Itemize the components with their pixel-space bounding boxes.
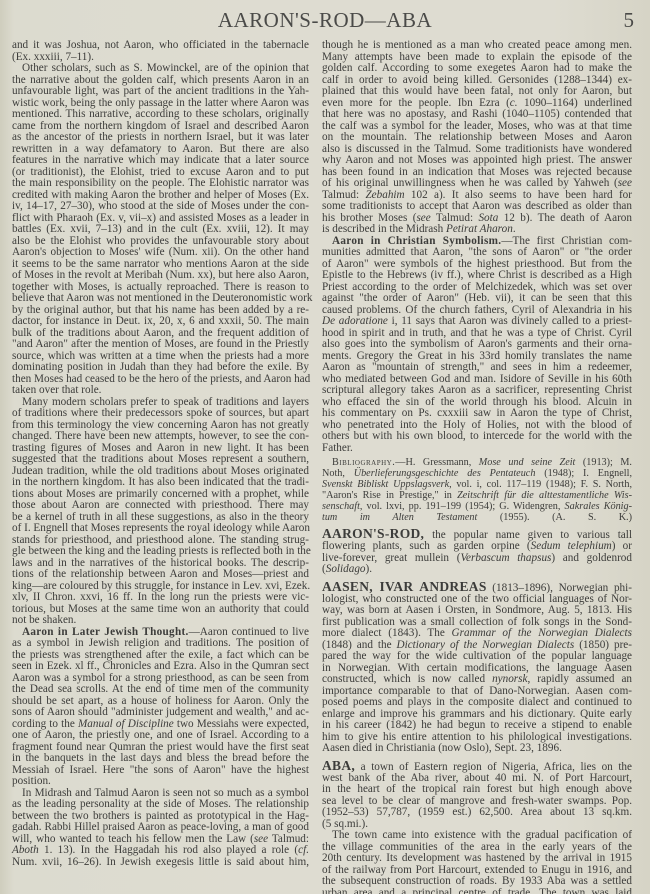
entry-aasen: AASEN, IVAR ANDREAS (1813–1896), Norwegi… (322, 580, 632, 755)
text-line: Epistle to the Hebrews (iv ff.), where C… (322, 270, 632, 282)
text-line: scriptural allegory takes Aaron as a sac… (322, 385, 632, 397)
text-line: battles (Ex. xvii, 7–13) and in the cult… (12, 224, 309, 236)
left-column: and it was Joshua, not Aaron, who offici… (12, 40, 309, 868)
entry-aba: ABA, a town of Eastern region of Nigeria… (322, 759, 632, 894)
page-number: 5 (624, 8, 635, 33)
text-line: others but with his own blood, to interc… (322, 431, 632, 443)
text-line: tions of the relationship between Aaron … (12, 569, 309, 581)
text-line: the subsequent construction of roads. By… (322, 876, 632, 888)
text-line: the Dead sea scrolls. At the end of time… (12, 684, 309, 696)
text-line: ABA, a town of Eastern region of Nigeria… (322, 759, 632, 773)
text-line: of Moses in the revolt at Meribah (Num. … (12, 270, 309, 282)
text-line: believe that Aaron was not mentioned in … (12, 293, 309, 305)
author-initials: (A. S. K.) (552, 512, 632, 523)
text-line: iv, 14–17, 27–30), who stood at the side… (12, 201, 309, 213)
text-line: in his career (1842) he had begun to rec… (322, 720, 632, 732)
text-line: on the mountain. The relationship betwee… (322, 132, 632, 144)
entry-aarons-rod: AARON'S-ROD, the popular name given to v… (322, 527, 632, 576)
entry-heading: AARON'S-ROD, (322, 526, 424, 541)
text-line: in the heart of the tropical rain forest… (322, 784, 632, 796)
text-line: urban area and a principal centre of tra… (322, 888, 632, 894)
text-line: though he is mentioned as a man who crea… (322, 40, 632, 52)
text-line: gle between the king and the leading pri… (12, 546, 309, 558)
text-line: "and Aaron" after the mention of Moses, … (12, 339, 309, 351)
text-line: 20th century. Its development was hasten… (322, 853, 632, 865)
entry-heading: AASEN, IVAR ANDREAS (322, 579, 487, 594)
text-line: "Aaron's Rise in Prestige," in Zeitschri… (322, 490, 632, 501)
text-line: of traditions where their predecessors s… (12, 408, 309, 420)
text-line: Father. (322, 443, 632, 455)
subheading-later-jewish-thought: Aaron in Later Jewish Thought. (22, 626, 189, 638)
text-line: Aaron's objection to Moses' wife (Num. x… (12, 247, 309, 259)
text-line: Bibliography.—H. Gressmann, Mose und sei… (322, 457, 632, 468)
right-column: though he is mentioned as a man who crea… (322, 40, 632, 894)
text-line: mentioned. This narrative, according to … (12, 109, 309, 121)
text-line: (1952–53) 57,787, (1959 est.) 62,500. Ar… (322, 807, 632, 819)
text-line: against "the order of Aaron" (Heb. vii),… (322, 293, 632, 305)
text-line: golden calf. According to some exegetes … (322, 63, 632, 75)
text-line: that here was no apostasy, and Rashi (10… (322, 109, 632, 121)
text-line: Aaron as "mountain of strength," and see… (322, 362, 632, 374)
text-line: pared the way for the wide cultivation o… (322, 651, 632, 663)
text-line: one of Aaron, the priestly one, and one … (12, 730, 309, 742)
text-line: AASEN, IVAR ANDREAS (1813–1896), Norwegi… (322, 580, 632, 594)
text-line: constructed, which is now called nynorsk… (322, 674, 632, 686)
text-line: AARON'S-ROD, the popular name given to v… (322, 527, 632, 541)
text-line: dactor, for instance in Deut. ix, 20, x,… (12, 316, 309, 328)
text-line: in the banquets in the last days and ble… (12, 753, 309, 765)
text-line: dominating position in Judah than they h… (12, 362, 309, 374)
text-line: Other scholars, such as S. Mowinckel, ar… (12, 63, 309, 75)
text-line: position. (12, 776, 309, 788)
text-line: (Solidago). (322, 564, 632, 576)
text-line: xlv, II Chron. xxvi, 16 ff. In the long … (12, 592, 309, 604)
text-line: Num. xvii, 16–26). In Jewish exegesis li… (12, 857, 309, 869)
subheading-christian-symbolism: Aaron in Christian Symbolism. (332, 235, 501, 247)
text-line: De adoratione i, 11 says that Aaron was … (322, 316, 632, 328)
text-line: as the ancestor of the priests in northe… (12, 132, 309, 144)
text-line: suggested that the traditions about Mose… (12, 454, 309, 466)
text-line: The town came into existence with the gr… (322, 830, 632, 842)
text-line: tum im Alten Testament (1955). (A. S. K.… (322, 512, 632, 523)
text-line: seen in Ezek. xl ff., Chronicles and Ezr… (12, 661, 309, 673)
text-line: way, was born at Aasen i Orsten, in Sond… (322, 605, 632, 617)
running-header: AARON'S-ROD—ABA 5 (0, 8, 650, 34)
text-line: Messiah of Israel. Here "the sons of Aar… (12, 765, 309, 777)
text-line: as the leading personality at the side o… (12, 799, 309, 811)
entry-heading: ABA, (322, 758, 355, 773)
text-line: posed poems and plays in the composite d… (322, 697, 632, 709)
text-line: taken over that role. (12, 385, 309, 397)
text-line: Svenskt Bibliskt Uppslagsverk, vol. i, c… (322, 479, 632, 490)
text-line: Aboth 1. 13). In the Haggadah his rod al… (12, 845, 309, 857)
text-line: his commentary on Ps. cxxxiii saw in Aar… (322, 408, 632, 420)
page-title: AARON'S-ROD—ABA (0, 8, 650, 33)
text-line: senschaft, vol. lxvi, pp. 191–199 (1954)… (322, 501, 632, 512)
text-line: in the northern kingdom. It has also bee… (12, 477, 309, 489)
italic-title: Manual of Discipline (78, 718, 174, 730)
text-line: why Aaron and not Moses was appointed hi… (322, 155, 632, 167)
bibliography-label: Bibliography. (332, 457, 395, 468)
text-line: changed. There have been new attempts, h… (12, 431, 309, 443)
text-line: the main responsibility on the people. T… (12, 178, 309, 190)
text-line: those about Aaron are connected with pri… (12, 500, 309, 512)
text-line: as a symbol in Jewish religion and tradi… (12, 638, 309, 650)
text-line: and it was Joshua, not Aaron, who offici… (12, 40, 309, 52)
text-line: features in the narrative which may indi… (12, 155, 309, 167)
text-line: also goes into the symbolism of Aaron's … (322, 339, 632, 351)
text-line: Noth, Überlieferungsgeschichte des Penta… (322, 468, 632, 479)
text-line: unfavourable light, was part of the anci… (12, 86, 309, 98)
bibliography: Bibliography.—H. Gressmann, Mose und sei… (322, 457, 632, 523)
text-line: of I. Engnell that Moses represents the … (12, 523, 309, 535)
text-line: munities admitted that Aaron, "the sons … (322, 247, 632, 259)
text-line: Aasen died in Christiania (now Oslo), Se… (322, 743, 632, 755)
